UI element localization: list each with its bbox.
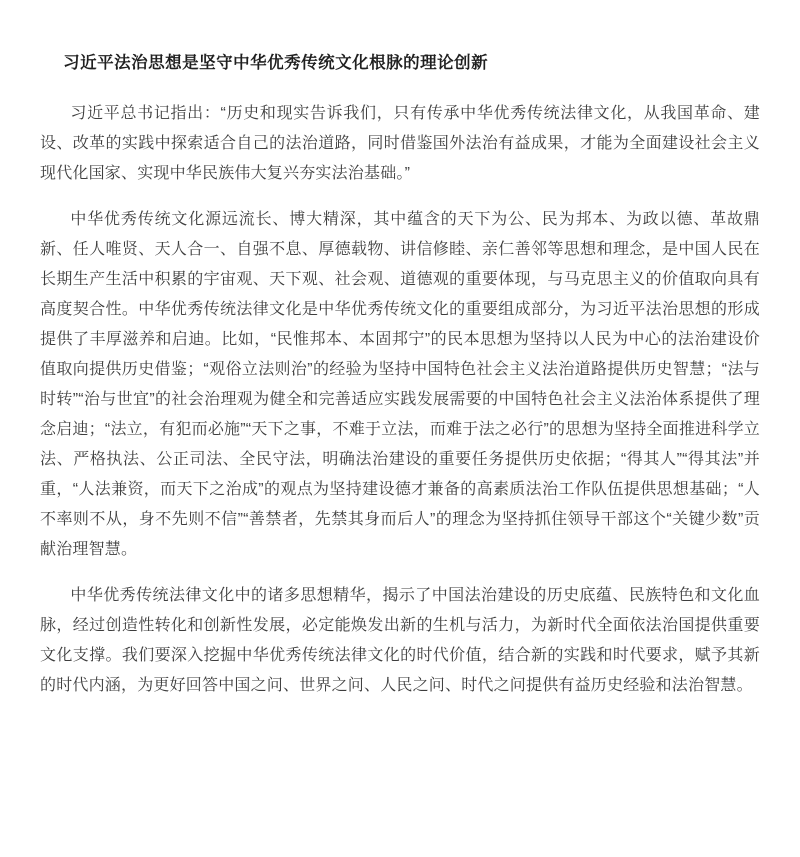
document-title: 习近平法治思想是坚守中华优秀传统文化根脉的理论创新 (40, 48, 760, 78)
paragraph-traditional-culture: 中华优秀传统文化源远流长、博大精深，其中蕴含的天下为公、民为邦本、为政以德、革故… (40, 205, 760, 565)
paragraph-quote: 习近平总书记指出：“历史和现实告诉我们，只有传承中华优秀传统法律文化，从我国革命… (40, 99, 760, 189)
document-page: 习近平法治思想是坚守中华优秀传统文化根脉的理论创新 习近平总书记指出：“历史和现… (0, 0, 800, 857)
paragraph-conclusion: 中华优秀传统法律文化中的诸多思想精华，揭示了中国法治建设的历史底蕴、民族特色和文… (40, 581, 760, 701)
